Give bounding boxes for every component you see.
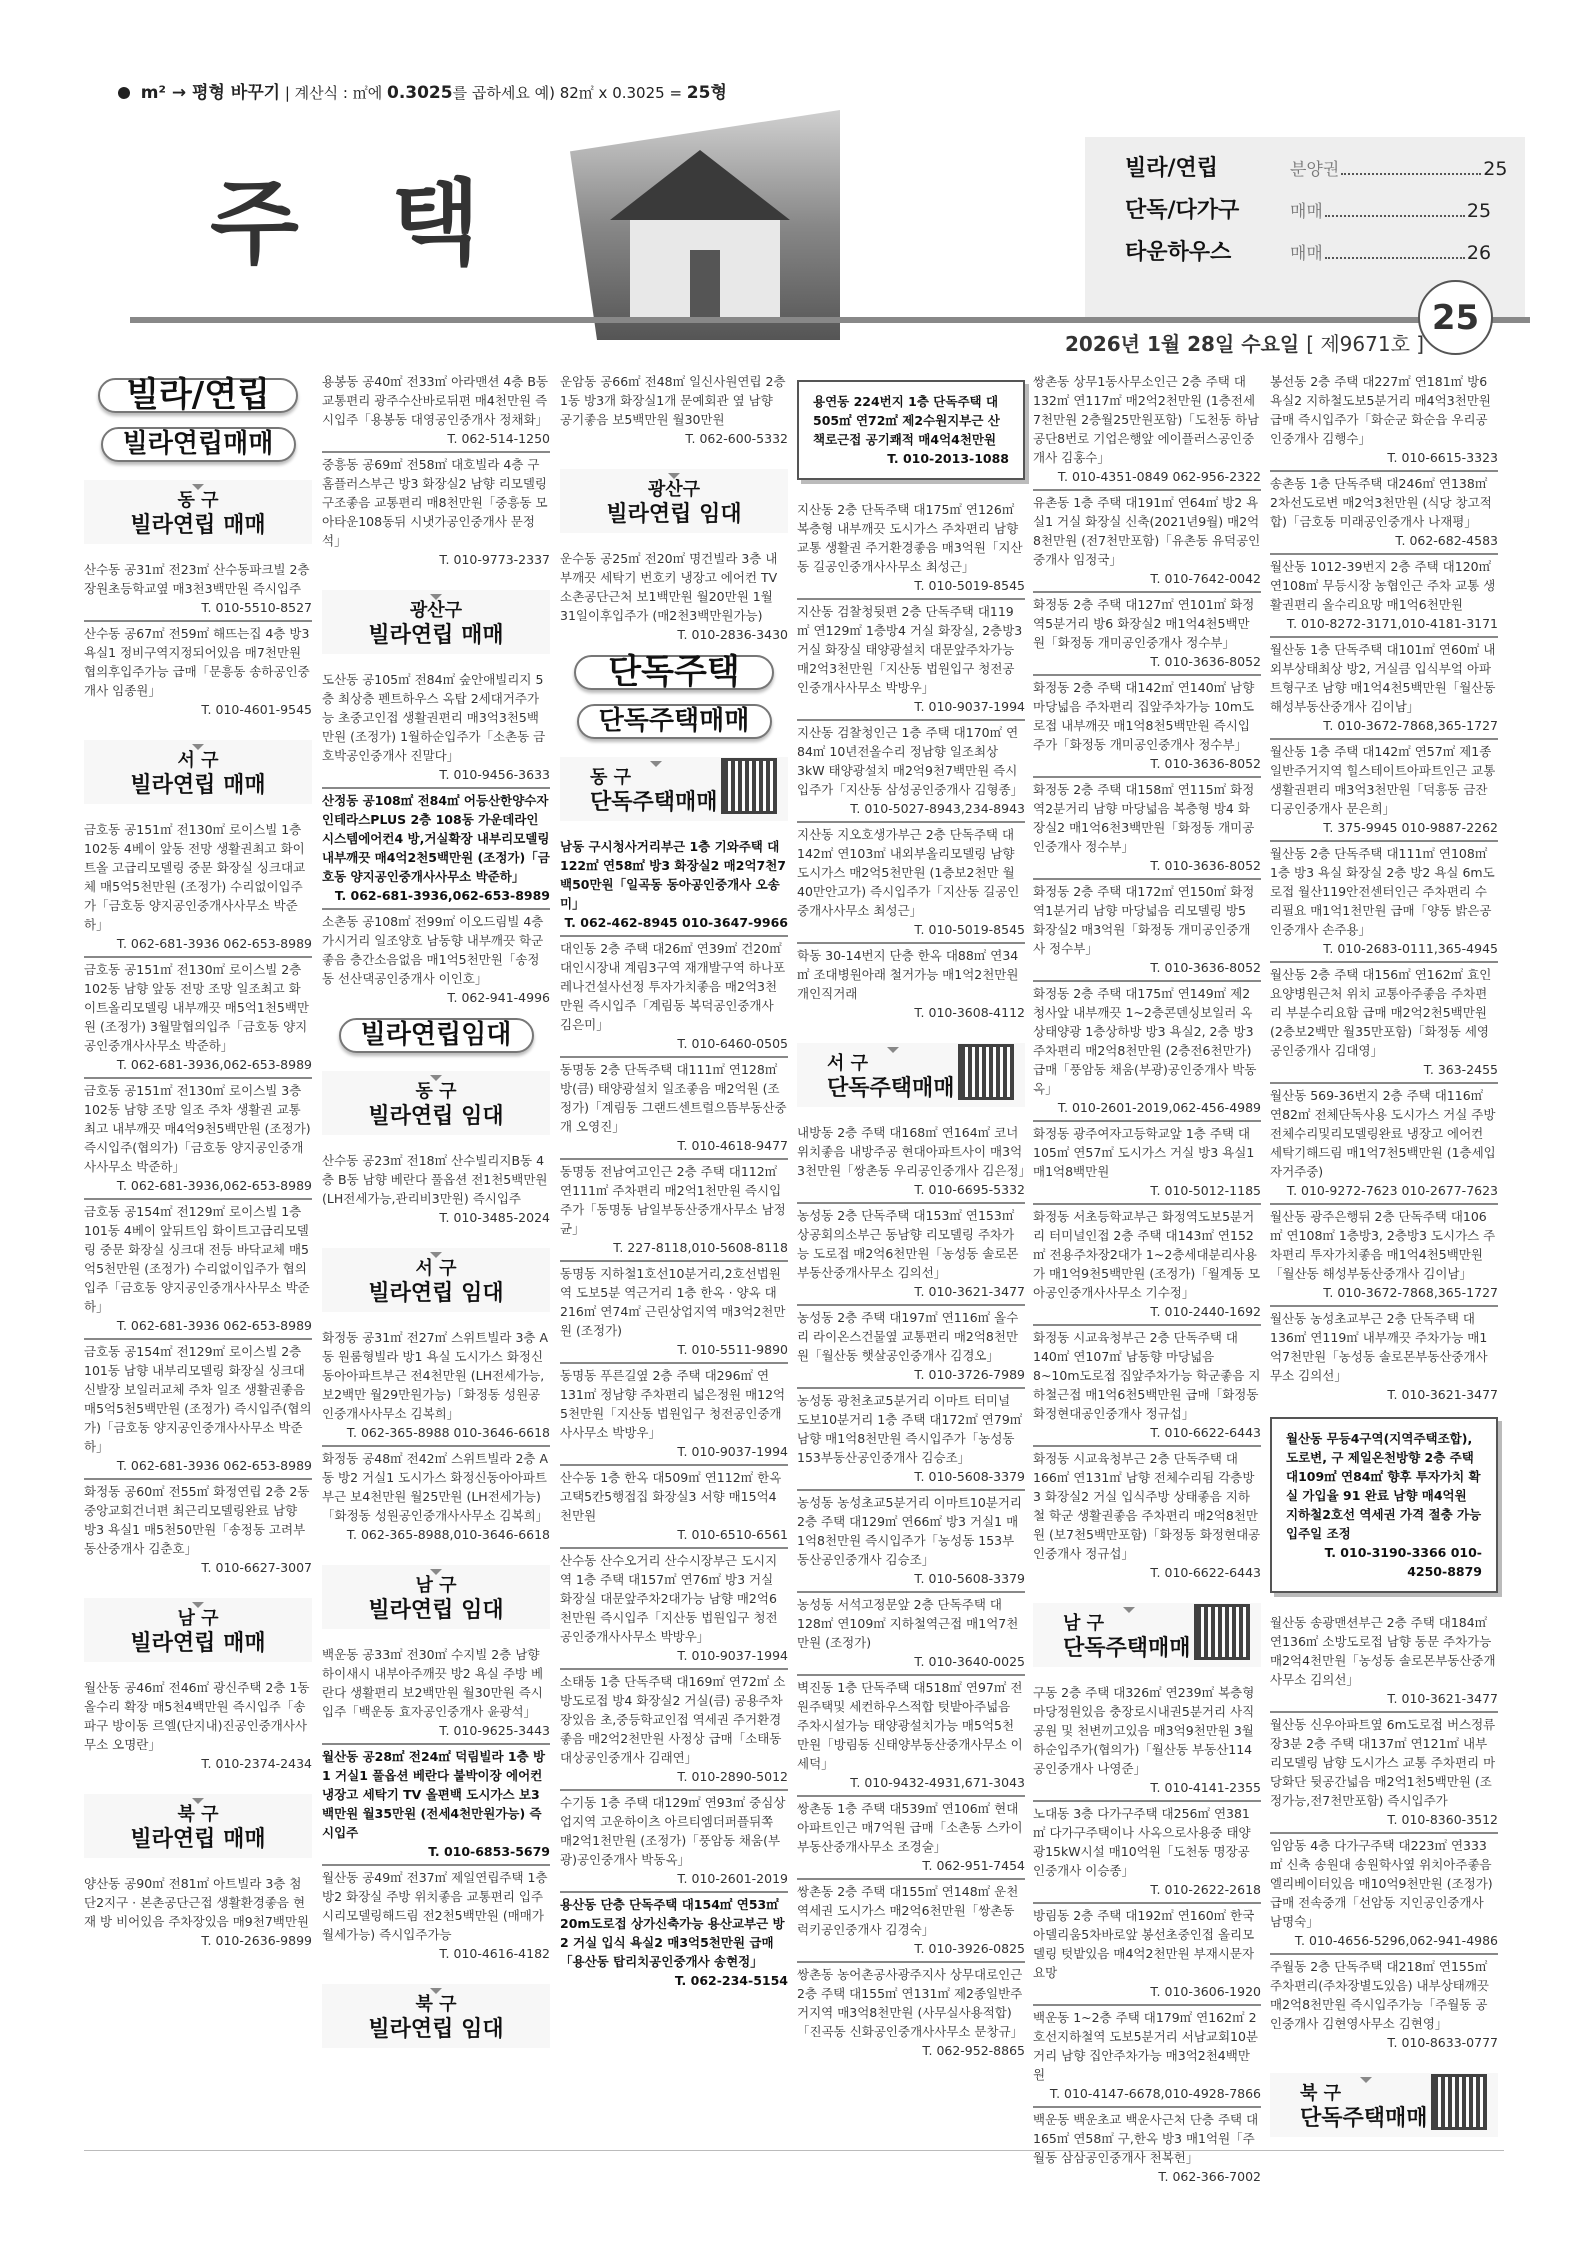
listing-text: 대인동 2층 주택 대26㎡ 연39㎡ 건20㎡ 대인시장내 계림3구역 재개발… [560,939,788,1034]
listing-ad[interactable]: 월산동 1012-39번지 2층 주택 대120㎡ 연108㎡ 무등시장 농협인… [1270,555,1498,638]
toc-sub: 매매 [1290,239,1323,264]
listing-phone[interactable]: T. 010-6622-6443 [1033,1423,1261,1442]
listing-phone[interactable]: T. 010-2601-2019 [560,1869,788,1888]
listing-ad[interactable]: 화정동 서초등학교부근 화정역도보5분거리 터미널인접 2층 주택 대143㎡ … [1033,1205,1261,1326]
listing-phone[interactable]: T. 010-3672-7868,365-1727 [1270,1283,1498,1302]
listing-ad[interactable]: 남동 구시청사거리부근 1층 기와주택 대122㎡ 연58㎡ 방3 화장실2 매… [560,835,788,937]
listing-ad[interactable]: 백운동 1~2층 주택 대179㎡ 연162㎡ 2호선지하철역 도보5분거리 서… [1033,2006,1261,2108]
listing-ad[interactable]: 화정동 광주여자고등학교앞 1층 주택 대105㎡ 연57㎡ 도시가스 거실 방… [1033,1122,1261,1205]
listing-text: 임암동 4층 다가구주택 대223㎡ 연333㎡ 신축 송원대 송원학사옆 위치… [1270,1836,1498,1931]
district-category: 빌라연립 임대 [322,1597,550,1625]
listing-text: 월산동 신우아파트옆 6m도로접 버스정류장3분 2층 주택 대137㎡ 연12… [1270,1715,1498,1810]
listing-text: 금호동 공151㎡ 전130㎡ 로이스빌 3층 102동 남향 조망 일조 주차… [84,1081,312,1176]
listing-text: 백운동 백운초교 백운사근처 단층 주택 대165㎡ 연58㎡ 구,한옥 방3 … [1033,2110,1261,2167]
district-heading: 남 구빌라연립 매매 [84,1598,312,1662]
listing-text: 월산동 광주은행뒤 2층 단독주택 대106㎡ 연108㎡ 1층방3, 2층방3… [1270,1207,1498,1283]
listing-ad[interactable]: 소태동 1층 단독주택 대169㎡ 연72㎡ 소방도로접 방4 화장실2 거실(… [560,1670,788,1791]
section-title: 주 택 [210,150,510,282]
listing-text: 농성동 농성초교5분거리 이마트10분거리 2층 주택 대129㎡ 연66㎡ 방… [797,1493,1025,1569]
toc-row[interactable]: 단독/다가구 매매 25 [1125,193,1525,235]
listing-ad[interactable]: 백운동 백운초교 백운사근처 단층 주택 대165㎡ 연58㎡ 구,한옥 방3 … [1033,2108,1261,2189]
listing-ad[interactable]: 산수동 공31㎡ 전23㎡ 산수동파크빌 2층 장원초등학교옆 매3천3백만원 … [84,558,312,622]
listing-text: 중흥동 공69㎡ 전58㎡ 대호빌라 4층 구 홈플러스부근 방3 화장실2 남… [322,455,550,550]
listing-phone[interactable]: T. 010-2636-9899 [84,1931,312,1950]
listing-ad[interactable]: 산수동 공67㎡ 전59㎡ 해뜨는집 4층 방3 욕실1 정비구역지정되어있음 … [84,622,312,722]
listing-phone[interactable]: T. 010-3636-8052 [1033,652,1261,671]
listing-ad[interactable]: 동명동 전남여고인근 2층 주택 대112㎡ 연111㎡ 주차편리 매2억1천만… [560,1160,788,1262]
listing-ad[interactable]: 용산동 단층 단독주택 대154㎡ 연53㎡ 20m도로접 상가신축가능 용산교… [560,1893,788,1993]
listing-ad[interactable]: 쌍촌동 농어촌공사광주지사 상무대로인근 2층 주택 대155㎡ 연131㎡ 제… [797,1963,1025,2063]
listing-phone[interactable]: T. 010-9773-2337 [322,550,550,569]
listing-text: 금호동 공154㎡ 전129㎡ 로이스빌 2층 101동 남향 내부리모델링 화… [84,1342,312,1456]
listing-text: 쌍촌동 농어촌공사광주지사 상무대로인근 2층 주택 대155㎡ 연131㎡ 제… [797,1965,1025,2041]
listing-text: 월산동 공46㎡ 전46㎡ 광신주택 2층 1동 올수리 확장 매5천4백만원 … [84,1678,312,1754]
listing-text: 월산동 1층 주택 대142㎡ 연57㎡ 제1종일반주거지역 힐스테이트아파트인… [1270,742,1498,818]
listing-ad[interactable]: 금호동 공151㎡ 전130㎡ 로이스빌 3층 102동 남향 조망 일조 주차… [84,1079,312,1200]
listing-phone[interactable]: T. 010-4147-6678,010-4928-7866 [1033,2084,1261,2103]
listing-text: 월산동 공28㎡ 전24㎡ 덕림빌라 1층 방1 거실1 풀옵션 베란다 붙박이… [322,1747,550,1842]
listing-text: 산수동 공67㎡ 전59㎡ 해뜨는집 4층 방3 욕실1 정비구역지정되어있음 … [84,624,312,700]
listing-text: 양산동 공90㎡ 전81㎡ 아트빌라 3층 첨단2지구 · 본촌공단근접 생활환… [84,1874,312,1931]
listing-phone[interactable]: T. 010-3926-0825 [797,1939,1025,1958]
listing-phone[interactable]: T. 010-9037-1994 [560,1646,788,1665]
district-heading: 남 구빌라연립 임대 [322,1565,550,1629]
listing-text: 지산동 검찰청뒷편 2층 단독주택 대119㎡ 연129㎡ 1층방4 거실 화장… [797,602,1025,697]
listing-text: 월산동 무등4구역(지역주택조합), 도로변, 구 제일온천방향 2층 주택 대… [1286,1429,1482,1543]
listing-ad[interactable]: 월산동 공28㎡ 전24㎡ 덕림빌라 1층 방1 거실1 풀옵션 베란다 붙박이… [322,1745,550,1866]
listing-ad[interactable]: 지산동 검찰청뒷편 2층 단독주택 대119㎡ 연129㎡ 1층방4 거실 화장… [797,600,1025,721]
listing-text: 용산동 단층 단독주택 대154㎡ 연53㎡ 20m도로접 상가신축가능 용산교… [560,1895,788,1971]
column-4: 용연동 224번지 1층 단독주택 대505㎡ 연72㎡ 제2수원지부근 산책로… [797,370,1025,2063]
listing-text: 산정동 공108㎡ 전84㎡ 어등산한양수자인테라스PLUS 2층 108동 가… [322,791,550,886]
listing-phone[interactable]: T. 010-6853-5679 [322,1842,550,1861]
listing-ad[interactable]: 농성동 2층 주택 대197㎡ 연116㎡ 올수리 라이온스건물옆 교통편리 매… [797,1306,1025,1389]
listing-ad[interactable]: 화정동 2층 주택 대142㎡ 연140㎡ 남향 마당넓음 주차편리 집앞주차가… [1033,676,1261,778]
listing-phone[interactable]: T. 010-3726-7989 [797,1365,1025,1384]
listing-ad[interactable]: 화정동 2층 주택 대158㎡ 연115㎡ 화정역2분거리 남향 마당넓음 복층… [1033,778,1261,880]
district-category: 빌라연립 매매 [84,512,312,540]
listing-phone[interactable]: T. 010-6695-5332 [797,1180,1025,1199]
toc-row[interactable]: 타운하우스 매매 26 [1125,235,1525,277]
listing-ad[interactable]: 방림동 2층 주택 대192㎡ 연160㎡ 한국아델리움5차바로앞 봉선초중인접… [1033,1904,1261,2006]
listing-text: 금호동 공151㎡ 전130㎡ 로이스빌 2층 102동 남향 앞동 전망 조망… [84,960,312,1055]
listing-ad[interactable]: 산정동 공108㎡ 전84㎡ 어등산한양수자인테라스PLUS 2층 108동 가… [322,789,550,910]
listing-phone[interactable]: T. 010-4656-5296,062-941-4986 [1270,1931,1498,1950]
page-number-badge: 25 [1418,280,1493,355]
district-name: 동 구 [322,1081,550,1103]
listing-phone[interactable]: T. 010-6510-6561 [560,1525,788,1544]
listing-phone[interactable]: T. 010-2622-2618 [1033,1880,1261,1899]
listing-phone[interactable]: T. 062-681-3936,062-653-8989 [322,886,550,905]
header-rule [130,317,1530,323]
district-heading: 광산구빌라연립 매매 [322,590,550,654]
listing-phone[interactable]: T. 010-5608-3379 [797,1467,1025,1486]
listing-text: 소촌동 공108㎡ 전99㎡ 이오드림빌 4층 가시거리 일조양호 남동향 내부… [322,912,550,988]
toc-leader [1341,163,1481,175]
listing-text: 수기동 1층 주택 대129㎡ 연93㎡ 중심상업지역 고운하이츠 아르티엠더퍼… [560,1793,788,1869]
listing-phone[interactable]: T. 010-2374-2434 [84,1754,312,1773]
listing-text: 용봉동 공40㎡ 전33㎡ 아라맨션 4층 B동 교통편리 광주수산바로뒤편 매… [322,372,550,429]
listing-phone[interactable]: T. 010-4351-0849 062-956-2322 [1033,467,1261,486]
qr-code-icon[interactable] [961,1047,1011,1097]
house-door [690,250,720,320]
listing-phone[interactable]: T. 062-365-8988 010-3646-6618 [322,1423,550,1442]
listing-phone[interactable]: T. 010-8360-3512 [1270,1810,1498,1829]
listing-ad[interactable]: 용봉동 공40㎡ 전33㎡ 아라맨션 4층 B동 교통편리 광주수산바로뒤편 매… [322,370,550,453]
listing-phone[interactable]: T. 010-3485-2024 [322,1208,550,1227]
district-name: 서 구 [84,750,312,772]
listing-ad[interactable]: 금호동 공154㎡ 전129㎡ 로이스빌 2층 101동 남향 내부리모델링 화… [84,1340,312,1480]
listing-ad[interactable]: 화정동 2층 주택 대127㎡ 연101㎡ 화정역5분거리 방6 화장실2 매1… [1033,593,1261,676]
listing-ad[interactable]: 월산동 신우아파트옆 6m도로접 버스정류장3분 2층 주택 대137㎡ 연12… [1270,1713,1498,1834]
district-category: 빌라연립 매매 [84,1630,312,1658]
listing-ad[interactable]: 백운동 공33㎡ 전30㎡ 수지빌 2층 남향 하이새시 내부아주깨끗 방2 욕… [322,1643,550,1745]
district-name: 북 구 [322,1994,550,2016]
district-name: 남 구 [84,1608,312,1630]
listing-ad[interactable]: 농성동 2층 단독주택 대153㎡ 연153㎡ 상공회의소부근 동남향 리모델링… [797,1204,1025,1306]
listing-ad[interactable]: 월산동 공46㎡ 전46㎡ 광신주택 2층 1동 올수리 확장 매5천4백만원 … [84,1676,312,1776]
listing-text: 방림동 2층 주택 대192㎡ 연160㎡ 한국아델리움5차바로앞 봉선초중인접… [1033,1906,1261,1982]
listing-text: 화정동 공31㎡ 전27㎡ 스위트빌라 3층 A동 원룸형빌라 방1 욕실 도시… [322,1328,550,1423]
listing-phone[interactable]: T. 010-2601-2019,062-456-4989 [1033,1098,1261,1117]
listing-text: 동명동 지하철1호선10분거리,2호선법원역 도보5분 역근거리 1층 한옥 ·… [560,1264,788,1340]
listing-phone[interactable]: T. 010-6460-0505 [560,1034,788,1053]
listing-ad[interactable]: 산수동 산수오거리 산수시장부근 도시지역 1층 주택 대157㎡ 연76㎡ 방… [560,1549,788,1670]
listing-phone[interactable]: T. 062-681-3936,062-653-8989 [84,1055,312,1074]
column-6: 봉선동 2층 주택 대227㎡ 연181㎡ 방6 욕실2 지하철도보5분거리 매… [1270,370,1498,2151]
category-heading: 빌라/연립 [98,378,298,413]
listing-phone[interactable]: T. 010-4618-9477 [560,1136,788,1155]
listing-ad[interactable]: 농성동 광천초교5분거리 이마트 터미널 도보10분거리 1층 주택 대172㎡… [797,1389,1025,1491]
listing-text: 월산동 송광맨션부근 2층 주택 대184㎡ 연136㎡ 소방도로접 남향 동문… [1270,1613,1498,1689]
district-heading: 북 구빌라연립 매매 [84,1794,312,1858]
listing-phone[interactable]: T. 010-6627-3007 [84,1558,312,1577]
listing-text: 화정동 광주여자고등학교앞 1층 주택 대105㎡ 연57㎡ 도시가스 거실 방… [1033,1124,1261,1181]
listing-text: 월산동 569-36번지 2층 주택 대116㎡ 연82㎡ 전체단독사용 도시가… [1270,1086,1498,1181]
listing-text: 지산동 검찰청인근 1층 주택 대170㎡ 연84㎡ 10년전올수리 정남향 일… [797,723,1025,799]
listing-ad[interactable]: 주월동 2층 단독주택 대218㎡ 연155㎡ 주차편리(주차장별도있음) 내부… [1270,1955,1498,2055]
listing-ad[interactable]: 화정동 2층 주택 대172㎡ 연150㎡ 화정역1분거리 남향 마당넓음 리모… [1033,880,1261,982]
listing-text: 월산동 1층 단독주택 대101㎡ 연60㎡ 내외부상태최상 방2, 거실큼 입… [1270,640,1498,716]
listing-phone[interactable]: T. 062-681-3936 062-653-8989 [84,934,312,953]
listing-text: 학동 30-14번지 단층 한옥 대88㎡ 연34㎡ 조대병원아래 철거가능 매… [797,946,1025,1003]
section-header: 주 택 빌라/연립 분양권 25 단독/다가구 매매 25 타운하우스 매매 2… [130,100,1530,360]
listing-ad[interactable]: 화정동 공48㎡ 전42㎡ 스위트빌라 2층 A동 방2 거실1 도시가스 화정… [322,1447,550,1547]
listing-phone[interactable]: T. 062-681-3936 062-653-8989 [84,1316,312,1335]
listing-ad[interactable]: 임암동 4층 다가구주택 대223㎡ 연333㎡ 신축 송원대 송원학사옆 위치… [1270,1834,1498,1955]
toc-category: 타운하우스 [1125,235,1290,266]
listing-phone[interactable]: T. 010-3608-4112 [797,1003,1025,1022]
listing-ad[interactable]: 지산동 지오호생가부근 2층 단독주택 대142㎡ 연103㎡ 내외부올리모델링… [797,823,1025,944]
listing-text: 화정동 서초등학교부근 화정역도보5분거리 터미널인접 2층 주택 대143㎡ … [1033,1207,1261,1302]
listing-text: 농성동 2층 주택 대197㎡ 연116㎡ 올수리 라이온스건물옆 교통편리 매… [797,1308,1025,1365]
listing-phone[interactable]: T. 010-3640-0025 [797,1652,1025,1671]
bullet-icon [118,87,130,99]
listing-ad[interactable]: 화정동 2층 주택 대175㎡ 연149㎡ 제2청사앞 내부깨끗 1~2층콘덴싱… [1033,982,1261,1122]
issue-number: [ 제9671호 ] [1306,332,1424,356]
listing-ad[interactable]: 월산동 공49㎡ 전37㎡ 제일연립주택 1층 방2 화장실 주방 위치좋음 교… [322,1866,550,1966]
listing-text: 산수동 공31㎡ 전23㎡ 산수동파크빌 2층 장원초등학교옆 매3천3백만원 … [84,560,312,598]
listing-text: 쌍촌동 상무1동사무소인근 2층 주택 대132㎡ 연117㎡ 매2억2천만원 … [1033,372,1261,467]
listing-ad[interactable]: 쌍촌동 상무1동사무소인근 2층 주택 대132㎡ 연117㎡ 매2억2천만원 … [1033,370,1261,491]
district-name: 북 구 [84,1804,312,1826]
listing-text: 백운동 1~2층 주택 대179㎡ 연162㎡ 2호선지하철역 도보5분거리 서… [1033,2008,1261,2084]
listing-phone[interactable]: T. 062-681-3936,062-653-8989 [84,1176,312,1195]
listing-ad[interactable]: 봉선동 2층 주택 대227㎡ 연181㎡ 방6 욕실2 지하철도보5분거리 매… [1270,370,1498,472]
listing-phone[interactable]: T. 375-9945 010-9887-2262 [1270,818,1498,837]
listing-ad[interactable]: 지산동 2층 단독주택 대175㎡ 연126㎡ 복층형 내부깨끗 도시가스 주차… [797,498,1025,600]
toc-page: 25 [1483,158,1507,180]
subcategory-heading: 빌라연립매매 [101,427,296,462]
listing-phone[interactable]: T. 010-3606-1920 [1033,1982,1261,2001]
listing-text: 지산동 지오호생가부근 2층 단독주택 대142㎡ 연103㎡ 내외부올리모델링… [797,825,1025,920]
listing-ad[interactable]: 구동 2층 주택 대326㎡ 연239㎡ 복층형 마당정원있음 충장로시내권5분… [1033,1681,1261,1802]
listing-phone[interactable]: T. 010-8272-3171,010-4181-3171 [1270,614,1498,633]
listing-text: 화정동 공60㎡ 전55㎡ 화정연립 2층 2동 중앙교회건너편 최근리모델링완… [84,1482,312,1558]
listing-ad[interactable]: 농성동 서석고정문앞 2층 단독주택 대128㎡ 연109㎡ 지하철역근접 매1… [797,1593,1025,1676]
listing-ad[interactable]: 대인동 2층 주택 대26㎡ 연39㎡ 건20㎡ 대인시장내 계림3구역 재개발… [560,937,788,1058]
listing-text: 월산동 2층 단독주택 대111㎡ 연108㎡ 1층 방3 욕실 화장실 2층 … [1270,844,1498,939]
listing-phone[interactable]: T. 010-4601-9545 [84,700,312,719]
listing-phone[interactable]: T. 010-2890-5012 [560,1767,788,1786]
toc-category: 빌라/연립 [1125,151,1290,182]
listing-ad[interactable]: 금호동 공151㎡ 전130㎡ 로이스빌 2층 102동 남향 앞동 전망 조망… [84,958,312,1079]
listing-ad[interactable]: 동명동 2층 단독주택 대111㎡ 연128㎡ 방(큼) 태양광설치 일조좋음 … [560,1058,788,1160]
column-3: 운암동 공66㎡ 전48㎡ 일신사원연립 2층 1동 방3개 화장실1개 문예회… [560,370,788,1993]
toc-leader [1325,205,1465,217]
listing-ad[interactable]: 월산동 569-36번지 2층 주택 대116㎡ 연82㎡ 전체단독사용 도시가… [1270,1084,1498,1205]
footer-rule [84,2150,1504,2151]
district-heading: 동 구빌라연립 매매 [84,480,312,544]
listing-text: 용연동 224번지 1층 단독주택 대505㎡ 연72㎡ 제2수원지부근 산책로… [813,392,1009,449]
listing-ad[interactable]: 월산동 송광맨션부근 2층 주택 대184㎡ 연136㎡ 소방도로접 남향 동문… [1270,1611,1498,1713]
district-heading: 광산구빌라연립 임대 [560,469,788,533]
boxed-listing-ad[interactable]: 용연동 224번지 1층 단독주택 대505㎡ 연72㎡ 제2수원지부근 산책로… [797,380,1025,480]
district-category: 빌라연립 매매 [84,1826,312,1854]
listing-text: 화정동 공48㎡ 전42㎡ 스위트빌라 2층 A동 방2 거실1 도시가스 화정… [322,1449,550,1525]
listing-phone[interactable]: T. 062-682-4583 [1270,531,1498,550]
listing-ad[interactable]: 운수동 공25㎡ 전20㎡ 명건빌라 3층 내부깨끗 세탁기 번호키 냉장고 에… [560,547,788,647]
listing-ad[interactable]: 운암동 공66㎡ 전48㎡ 일신사원연립 2층 1동 방3개 화장실1개 문예회… [560,370,788,451]
listing-ad[interactable]: 학동 30-14번지 단층 한옥 대88㎡ 연34㎡ 조대병원아래 철거가능 매… [797,944,1025,1025]
listing-phone[interactable]: T. 010-9037-1994 [560,1442,788,1461]
district-name: 남 구 [322,1575,550,1597]
listing-text: 쌍촌동 2층 주택 대155㎡ 연148㎡ 운천역세권 도시가스 매2억6천만원… [797,1882,1025,1939]
listing-phone[interactable]: T. 010-4616-4182 [322,1944,550,1963]
house-roof [610,150,790,220]
listing-phone[interactable]: T. 010-2836-3430 [560,625,788,644]
listing-text: 금호동 공154㎡ 전129㎡ 로이스빌 1층 101동 4베이 앞뒤트임 화이… [84,1202,312,1316]
listing-phone[interactable]: T. 010-3636-8052 [1033,958,1261,977]
listing-ad[interactable]: 월산동 광주은행뒤 2층 단독주택 대106㎡ 연108㎡ 1층방3, 2층방3… [1270,1205,1498,1307]
listing-ad[interactable]: 쌍촌동 2층 주택 대155㎡ 연148㎡ 운천역세권 도시가스 매2억6천만원… [797,1880,1025,1963]
listing-ad[interactable]: 농성동 농성초교5분거리 이마트10분거리 2층 주택 대129㎡ 연66㎡ 방… [797,1491,1025,1593]
listing-phone[interactable]: T. 227-8118,010-5608-8118 [560,1238,788,1257]
listing-text: 금호동 공151㎡ 전130㎡ 로이스빌 1층 102동 4베이 앞동 전망 생… [84,820,312,934]
listing-ad[interactable]: 월산동 1층 단독주택 대101㎡ 연60㎡ 내외부상태최상 방2, 거실큼 입… [1270,638,1498,740]
column-2: 용봉동 공40㎡ 전33㎡ 아라맨션 4층 B동 교통편리 광주수산바로뒤편 매… [322,370,550,2062]
listing-ad[interactable]: 동명동 지하철1호선10분거리,2호선법원역 도보5분 역근거리 1층 한옥 ·… [560,1262,788,1364]
listing-ad[interactable]: 송촌동 1층 단독주택 대246㎡ 연138㎡ 2차선도로변 매2억3천만원 (… [1270,472,1498,555]
listing-text: 농성동 서석고정문앞 2층 단독주택 대128㎡ 연109㎡ 지하철역근접 매1… [797,1595,1025,1652]
listing-phone[interactable]: T. 010-3621-3477 [1270,1689,1498,1708]
listing-phone[interactable]: T. 062-600-5332 [560,429,788,448]
listing-phone[interactable]: T. 010-5027-8943,234-8943 [797,799,1025,818]
qr-code-icon[interactable] [1434,2077,1484,2127]
listing-text: 월산동 농성초교부근 2층 단독주택 대136㎡ 연119㎡ 내부깨끗 주차가능… [1270,1309,1498,1385]
listing-ad[interactable]: 유촌동 1층 주택 대191㎡ 연64㎡ 방2 욕실1 거실 화장실 신축(20… [1033,491,1261,593]
listing-ad[interactable]: 동명동 푸른길옆 2층 주택 대296㎡ 연131㎡ 정남향 주차편리 넓은정원… [560,1364,788,1466]
listing-phone[interactable]: T. 062-951-7454 [797,1856,1025,1875]
listing-phone[interactable]: T. 010-3672-7868,365-1727 [1270,716,1498,735]
listing-ad[interactable]: 월산동 농성초교부근 2층 단독주택 대136㎡ 연119㎡ 내부깨끗 주차가능… [1270,1307,1498,1407]
listing-text: 화정동 시교육청부근 2층 단독주택 대166㎡ 연131㎡ 남향 전체수리됨 … [1033,1449,1261,1563]
district-heading: 서 구빌라연립 임대 [322,1248,550,1312]
date-text: 2026년 1월 28일 수요일 [1065,332,1299,356]
listing-phone[interactable]: T. 010-4141-2355 [1033,1778,1261,1797]
listing-text: 화정동 2층 주택 대127㎡ 연101㎡ 화정역5분거리 방6 화장실2 매1… [1033,595,1261,652]
listing-phone[interactable]: T. 010-9625-3443 [322,1721,550,1740]
listing-ad[interactable]: 도산동 공105㎡ 전84㎡ 숲안애빌리지 5층 최상층 펜트하우스 옥탑 2세… [322,668,550,789]
district-category: 빌라연립 임대 [322,1280,550,1308]
toc-category: 단독/다가구 [1125,193,1290,224]
listing-ad[interactable]: 화정동 공60㎡ 전55㎡ 화정연립 2층 2동 중앙교회건너편 최근리모델링완… [84,1480,312,1580]
listing-text: 월산동 2층 주택 대156㎡ 연162㎡ 효인요양병원근처 위치 교통아주좋음… [1270,965,1498,1060]
listing-phone[interactable]: T. 062-681-3936 062-653-8989 [84,1456,312,1475]
issue-date: 2026년 1월 28일 수요일 [ 제9671호 ] [1065,328,1424,357]
listing-text: 화정동 시교육청부근 2층 단독주택 대140㎡ 연107㎡ 남동향 마당넓음 … [1033,1328,1261,1423]
district-name: 동 구 [84,490,312,512]
qr-code-icon[interactable] [1197,1607,1247,1657]
listing-phone[interactable]: T. 010-5019-8545 [797,920,1025,939]
listing-text: 화정동 2층 주택 대172㎡ 연150㎡ 화정역1분거리 남향 마당넓음 리모… [1033,882,1261,958]
listing-phone[interactable]: T. 010-6622-6443 [1033,1563,1261,1582]
listing-phone[interactable]: T. 010-6615-3323 [1270,448,1498,467]
column-1: 빌라/연립빌라연립매매동 구빌라연립 매매산수동 공31㎡ 전23㎡ 산수동파크… [84,370,312,1953]
listing-ad[interactable]: 금호동 공154㎡ 전129㎡ 로이스빌 1층 101동 4베이 앞뒤트임 화이… [84,1200,312,1340]
listing-text: 동명동 전남여고인근 2층 주택 대112㎡ 연111㎡ 주차편리 매2억1천만… [560,1162,788,1238]
listing-ad[interactable]: 양산동 공90㎡ 전81㎡ 아트빌라 3층 첨단2지구 · 본촌공단근접 생활환… [84,1872,312,1953]
listing-phone[interactable]: T. 010-7642-0042 [1033,569,1261,588]
listing-text: 구동 2층 주택 대326㎡ 연239㎡ 복층형 마당정원있음 충장로시내권5분… [1033,1683,1261,1778]
listing-phone[interactable]: T. 062-952-8865 [797,2041,1025,2060]
district-category: 빌라연립 매매 [322,622,550,650]
listing-text: 주월동 2층 단독주택 대218㎡ 연155㎡ 주차편리(주차장별도있음) 내부… [1270,1957,1498,2033]
listing-text: 소태동 1층 단독주택 대169㎡ 연72㎡ 소방도로접 방4 화장실2 거실(… [560,1672,788,1767]
listing-ad[interactable]: 중흥동 공69㎡ 전58㎡ 대호빌라 4층 구 홈플러스부근 방3 화장실2 남… [322,453,550,572]
district-category: 빌라연립 매매 [84,772,312,800]
listing-ad[interactable]: 월산동 1층 주택 대142㎡ 연57㎡ 제1종일반주거지역 힐스테이트아파트인… [1270,740,1498,842]
listing-phone[interactable]: T. 010-9432-4931,671-3043 [797,1773,1025,1792]
listing-ad[interactable]: 지산동 검찰청인근 1층 주택 대170㎡ 연84㎡ 10년전올수리 정남향 일… [797,721,1025,823]
listing-text: 화정동 2층 주택 대158㎡ 연115㎡ 화정역2분거리 남향 마당넓음 복층… [1033,780,1261,856]
district-name: 광산구 [322,600,550,622]
listing-phone[interactable]: T. 010-2683-0111,365-4945 [1270,939,1498,958]
listing-ad[interactable]: 노대동 3층 다가구주택 대256㎡ 연381㎡ 다가구주택이나 사옥으로사용중… [1033,1802,1261,1904]
district-heading: 서 구단독주택매매 [797,1043,1025,1107]
listing-phone[interactable]: T. 062-366-7002 [1033,2167,1261,2186]
listing-phone[interactable]: T. 010-3621-3477 [797,1282,1025,1301]
listing-phone[interactable]: T. 010-3636-8052 [1033,754,1261,773]
listing-ad[interactable]: 산수동 공23㎡ 전18㎡ 산수빌리지B동 4층 B동 남향 베란다 풀옵션 전… [322,1149,550,1230]
listing-text: 화정동 2층 주택 대175㎡ 연149㎡ 제2청사앞 내부깨끗 1~2층콘덴싱… [1033,984,1261,1098]
listing-phone[interactable]: T. 010-5012-1185 [1033,1181,1261,1200]
listing-phone[interactable]: T. 010-3190-3366 010-4250-8879 [1286,1543,1482,1581]
listing-phone[interactable]: T. 010-3621-3477 [1270,1385,1498,1404]
listing-text: 운수동 공25㎡ 전20㎡ 명건빌라 3층 내부깨끗 세탁기 번호키 냉장고 에… [560,549,788,625]
listing-phone[interactable]: T. 010-8633-0777 [1270,2033,1498,2052]
listing-ad[interactable]: 금호동 공151㎡ 전130㎡ 로이스빌 1층 102동 4베이 앞동 전망 생… [84,818,312,958]
listing-phone[interactable]: T. 010-2440-1692 [1033,1302,1261,1321]
district-heading: 동 구단독주택매매 [560,757,788,821]
district-category: 빌라연립 임대 [560,501,788,529]
listing-phone[interactable]: T. 062-365-8988,010-3646-6618 [322,1525,550,1544]
toc-row[interactable]: 빌라/연립 분양권 25 [1125,151,1525,193]
listing-phone[interactable]: T. 010-9272-7623 010-2677-7623 [1270,1181,1498,1200]
qr-code-icon[interactable] [724,761,774,811]
column-5: 쌍촌동 상무1동사무소인근 2층 주택 대132㎡ 연117㎡ 매2억2천만원 … [1033,370,1261,2189]
listing-phone[interactable]: T. 010-9456-3633 [322,765,550,784]
listing-ad[interactable]: 소촌동 공108㎡ 전99㎡ 이오드림빌 4층 가시거리 일조양호 남동향 내부… [322,910,550,1010]
district-heading: 북 구빌라연립 임대 [322,1984,550,2048]
listing-phone[interactable]: T. 010-3636-8052 [1033,856,1261,875]
listing-text: 산수동 산수오거리 산수시장부근 도시지역 1층 주택 대157㎡ 연76㎡ 방… [560,1551,788,1646]
listing-phone[interactable]: T. 010-5608-3379 [797,1569,1025,1588]
listing-ad[interactable]: 수기동 1층 주택 대129㎡ 연93㎡ 중심상업지역 고운하이츠 아르티엠더퍼… [560,1791,788,1893]
subcategory-heading: 빌라연립임대 [339,1018,534,1053]
district-heading: 남 구단독주택매매 [1033,1603,1261,1667]
listing-phone[interactable]: T. 010-9037-1994 [797,697,1025,716]
listing-phone[interactable]: T. 062-941-4996 [322,988,550,1007]
listing-text: 지산동 2층 단독주택 대175㎡ 연126㎡ 복층형 내부깨끗 도시가스 주차… [797,500,1025,576]
district-heading: 서 구빌라연립 매매 [84,740,312,804]
listing-ad[interactable]: 월산동 2층 주택 대156㎡ 연162㎡ 효인요양병원근처 위치 교통아주좋음… [1270,963,1498,1084]
listing-text: 산수동 공23㎡ 전18㎡ 산수빌리지B동 4층 B동 남향 베란다 풀옵션 전… [322,1151,550,1208]
listing-phone[interactable]: T. 062-514-1250 [322,429,550,448]
listing-phone[interactable]: T. 363-2455 [1270,1060,1498,1079]
listing-text: 내방동 2층 주택 대168㎡ 연164㎡ 코너위치좋음 내방주공 현대아파트사… [797,1123,1025,1180]
house-photo [570,110,840,340]
listing-text: 남동 구시청사거리부근 1층 기와주택 대122㎡ 연58㎡ 방3 화장실2 매… [560,837,788,913]
listing-phone[interactable]: T. 010-5511-9890 [560,1340,788,1359]
subcategory-heading: 단독주택매매 [577,704,772,739]
listing-ad[interactable]: 벽진동 1층 단독주택 대518㎡ 연97㎡ 전원주택및 세컨하우스적합 텃밭아… [797,1676,1025,1797]
listing-text: 송촌동 1층 단독주택 대246㎡ 연138㎡ 2차선도로변 매2억3천만원 (… [1270,474,1498,531]
listing-ad[interactable]: 쌍촌동 1층 주택 대539㎡ 연106㎡ 현대아파트인근 매7억원 급매「소촌… [797,1797,1025,1880]
listing-ad[interactable]: 산수동 1층 한옥 대509㎡ 연112㎡ 한옥고택5칸5행접집 화장실3 서향… [560,1466,788,1549]
listing-ad[interactable]: 화정동 시교육청부근 2층 단독주택 대140㎡ 연107㎡ 남동향 마당넓음 … [1033,1326,1261,1447]
listing-text: 벽진동 1층 단독주택 대518㎡ 연97㎡ 전원주택및 세컨하우스적합 텃밭아… [797,1678,1025,1773]
listing-phone[interactable]: T. 062-462-8945 010-3647-9966 [560,913,788,932]
listing-ad[interactable]: 내방동 2층 주택 대168㎡ 연164㎡ 코너위치좋음 내방주공 현대아파트사… [797,1121,1025,1204]
listing-phone[interactable]: T. 010-5019-8545 [797,576,1025,595]
listing-phone[interactable]: T. 062-234-5154 [560,1971,788,1990]
listing-text: 쌍촌동 1층 주택 대539㎡ 연106㎡ 현대아파트인근 매7억원 급매「소촌… [797,1799,1025,1856]
category-heading: 단독주택 [574,655,774,690]
listing-text: 유촌동 1층 주택 대191㎡ 연64㎡ 방2 욕실1 거실 화장실 신축(20… [1033,493,1261,569]
listing-ad[interactable]: 화정동 시교육청부근 2층 단독주택 대166㎡ 연131㎡ 남향 전체수리됨 … [1033,1447,1261,1585]
listing-ad[interactable]: 화정동 공31㎡ 전27㎡ 스위트빌라 3층 A동 원룸형빌라 방1 욕실 도시… [322,1326,550,1447]
district-heading: 북 구단독주택매매 [1270,2073,1498,2137]
listing-phone[interactable]: T. 010-5510-8527 [84,598,312,617]
boxed-listing-ad[interactable]: 월산동 무등4구역(지역주택조합), 도로변, 구 제일온천방향 2층 주택 대… [1270,1417,1498,1593]
listing-ad[interactable]: 월산동 2층 단독주택 대111㎡ 연108㎡ 1층 방3 욕실 화장실 2층 … [1270,842,1498,963]
toc-page: 25 [1467,200,1491,222]
listing-text: 농성동 2층 단독주택 대153㎡ 연153㎡ 상공회의소부근 동남향 리모델링… [797,1206,1025,1282]
toc-leader [1325,247,1465,259]
district-name: 광산구 [560,479,788,501]
listing-phone[interactable]: T. 010-2013-1088 [813,449,1009,468]
